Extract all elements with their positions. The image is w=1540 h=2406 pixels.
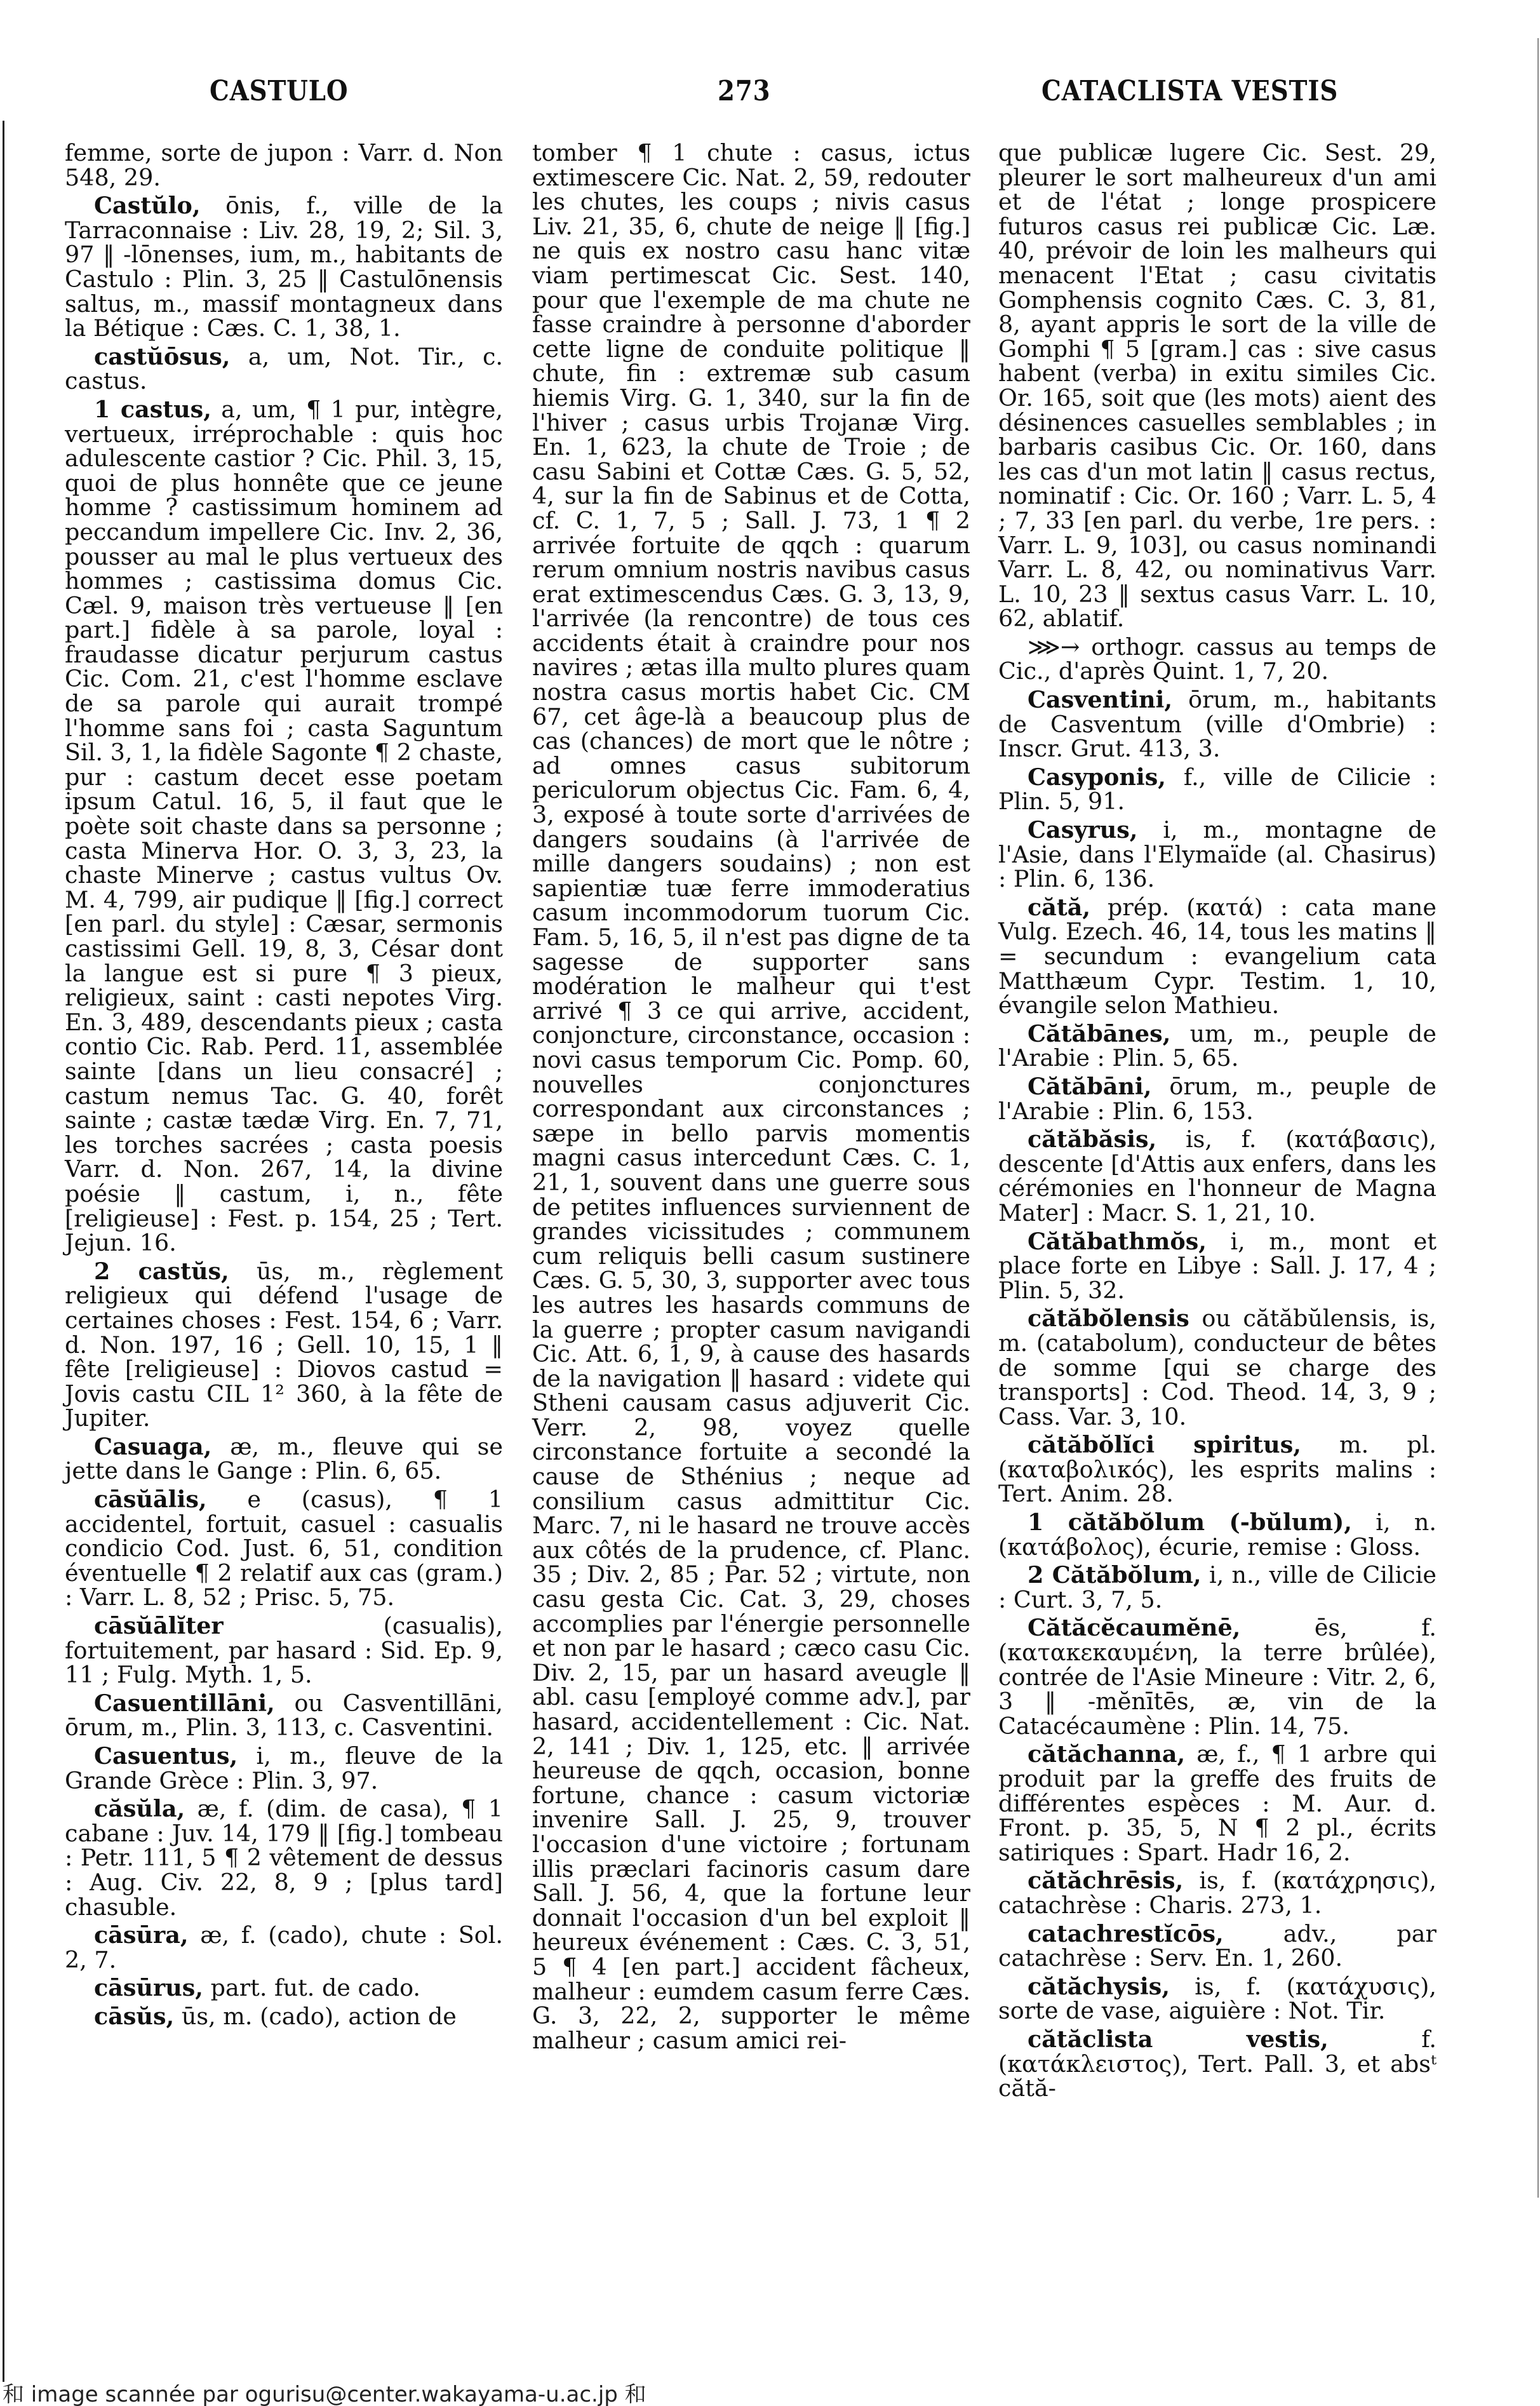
- dictionary-entry: Casuentus, i, m., fleuve de la Grande Gr…: [65, 1744, 503, 1793]
- entry-headword: Casuentus,: [94, 1742, 238, 1770]
- dictionary-entry: cătă, prép. (κατά) : cata mane Vulg. Eze…: [998, 896, 1436, 1018]
- page-edge-rule: [3, 121, 4, 2382]
- dictionary-entry: cāsūrus, part. fut. de cado.: [65, 1976, 503, 2001]
- entry-headword: Casuentillāni,: [94, 1690, 275, 1717]
- entry-definition: a, um, ¶ 1 pur, intègre, vertueux, irrép…: [65, 396, 503, 1256]
- dictionary-entry: cāsŭs, ūs, m. (cado), action de: [65, 2005, 503, 2029]
- dictionary-entry: cāsŭālĭter (casualis), fortuitement, par…: [65, 1614, 503, 1688]
- dictionary-entry: Casuentillāni, ou Casventillāni, ōrum, m…: [65, 1691, 503, 1740]
- dictionary-entry: Castŭlo, ōnis, f., ville de la Tarraconn…: [65, 194, 503, 341]
- dictionary-entry: cāsŭālis, e (casus), ¶ 1 accidentel, for…: [65, 1488, 503, 1610]
- entry-headword: 1 cătăbŏlum (-bŭlum),: [1028, 1509, 1352, 1536]
- dictionary-entry: 2 castŭs, ūs, m., règlement religieux qu…: [65, 1260, 503, 1431]
- entry-definition: tomber ¶ 1 chute : casus, ictus extimesc…: [532, 139, 970, 2054]
- entry-headword: cătăchanna,: [1028, 1740, 1185, 1768]
- entry-headword: cătăbăsis,: [1028, 1126, 1156, 1153]
- dictionary-entry: Casventini, ōrum, m., habitants de Casve…: [998, 688, 1436, 762]
- orthography-arrow-icon: ⋙→: [1028, 633, 1080, 661]
- dictionary-entry: Cătăcĕcaumĕnē, ēs, f. (κατακεκαυμένη, la…: [998, 1616, 1436, 1738]
- dictionary-entry: Casuaga, æ, m., fleuve qui se jette dans…: [65, 1435, 503, 1484]
- column-left: femme, sorte de jupon : Varr. d. Non 548…: [65, 141, 503, 2033]
- dictionary-entry: tomber ¶ 1 chute : casus, ictus extimesc…: [532, 141, 970, 2053]
- entry-headword: cătăbŏlĭci spiritus,: [1028, 1431, 1301, 1458]
- dictionary-entry: Cătăbānes, um, m., peuple de l'Arabie : …: [998, 1022, 1436, 1071]
- entry-headword: cătă,: [1028, 894, 1090, 921]
- dictionary-entry: cătăclista vestis, f. (κατάκλειστος), Te…: [998, 2027, 1436, 2101]
- dictionary-entry: cătăbŏlĭci spiritus, m. pl. (καταβολικός…: [998, 1433, 1436, 1507]
- entry-headword: cătăclista vestis,: [1028, 2026, 1329, 2053]
- dictionary-entry: cătăbŏlensis ou cătăbŭlensis, is, m. (ca…: [998, 1307, 1436, 1429]
- column-middle: tomber ¶ 1 chute : casus, ictus extimesc…: [532, 141, 970, 2057]
- dictionary-entry: 1 cătăbŏlum (-bŭlum), i, n. (κατάβολος),…: [998, 1510, 1436, 1559]
- entry-headword: Cătăbathmŏs,: [1028, 1228, 1207, 1255]
- dictionary-entry: cătăchanna, æ, f., ¶ 1 arbre qui produit…: [998, 1742, 1436, 1865]
- entry-headword: Cătăcĕcaumĕnē,: [1028, 1614, 1240, 1641]
- entry-headword: 2 Cătăbŏlum,: [1028, 1561, 1202, 1589]
- scan-watermark: 和 image scannée par ogurisu@center.wakay…: [3, 2377, 646, 2406]
- entry-headword: cāsūra,: [94, 1921, 189, 1949]
- entry-headword: cāsŭālis,: [94, 1486, 207, 1513]
- entry-headword: cătăbŏlensis: [1028, 1305, 1189, 1332]
- dictionary-entry: Cătăbathmŏs, i, m., mont et place forte …: [998, 1230, 1436, 1303]
- page-number: 273: [718, 75, 770, 107]
- dictionary-entry: 2 Cătăbŏlum, i, n., ville de Cilicie : C…: [998, 1563, 1436, 1612]
- dictionary-entry: femme, sorte de jupon : Varr. d. Non 548…: [65, 141, 503, 190]
- guide-word-right: CATACLISTA VESTIS: [1041, 75, 1338, 107]
- entry-definition: femme, sorte de jupon : Varr. d. Non 548…: [65, 139, 503, 191]
- dictionary-entry: que publicæ lugere Cic. Sest. 29, pleure…: [998, 141, 1436, 631]
- page-edge-rule-right: [1537, 38, 1539, 2198]
- entry-headword: cāsŭālĭter: [94, 1612, 224, 1639]
- dictionary-entry: catachrestĭcōs, adv., par catachrèse : S…: [998, 1922, 1436, 1971]
- entry-headword: Castŭlo,: [94, 192, 201, 219]
- running-header: CASTULO 273 CATACLISTA VESTIS: [0, 75, 1540, 113]
- dictionary-entry: castŭōsus, a, um, Not. Tir., c. castus.: [65, 345, 503, 394]
- dictionary-entry: cătăchrēsis, is, f. (κατάχρησις), catach…: [998, 1869, 1436, 1918]
- entry-headword: castŭōsus,: [94, 343, 231, 370]
- entry-definition: part. fut. de cado.: [211, 1974, 420, 2001]
- dictionary-entry: ⋙→ orthogr. cassus au temps de Cic., d'a…: [998, 635, 1436, 684]
- entry-headword: cătăchrēsis,: [1028, 1867, 1183, 1894]
- dictionary-entry: 1 castus, a, um, ¶ 1 pur, intègre, vertu…: [65, 398, 503, 1256]
- dictionary-entry: cătăchysis, is, f. (κατάχυσις), sorte de…: [998, 1975, 1436, 2024]
- dictionary-entry: cătăbăsis, is, f. (κατάβασις), descente …: [998, 1127, 1436, 1225]
- entry-definition: ūs, m., règlement religieux qui défend l…: [65, 1258, 503, 1432]
- entry-headword: Casyrus,: [1028, 816, 1137, 843]
- entry-definition: que publicæ lugere Cic. Sest. 29, pleure…: [998, 139, 1436, 632]
- entry-headword: Cătăbānes,: [1028, 1020, 1170, 1047]
- guide-word-left: CASTULO: [210, 75, 349, 107]
- dictionary-entry: Casyponis, f., ville de Cilicie : Plin. …: [998, 765, 1436, 814]
- entry-definition: ūs, m. (cado), action de: [182, 2003, 457, 2030]
- entry-headword: 1 castus,: [94, 396, 211, 423]
- column-right: que publicæ lugere Cic. Sest. 29, pleure…: [998, 141, 1436, 2105]
- dictionary-entry: Casyrus, i, m., montagne de l'Asie, dans…: [998, 818, 1436, 892]
- entry-headword: 2 castŭs,: [94, 1258, 229, 1285]
- entry-headword: catachrestĭcōs,: [1028, 1920, 1224, 1947]
- dictionary-entry: cāsūra, æ, f. (cado), chute : Sol. 2, 7.: [65, 1923, 503, 1972]
- entry-headword: cāsūrus,: [94, 1974, 203, 2001]
- dictionary-entry: Cătăbāni, ōrum, m., peuple de l'Arabie :…: [998, 1075, 1436, 1124]
- entry-headword: cāsŭs,: [94, 2003, 174, 2030]
- dictionary-entry: căsŭla, æ, f. (dim. de casa), ¶ 1 cabane…: [65, 1797, 503, 1919]
- entry-headword: Casventini,: [1028, 686, 1172, 713]
- entry-headword: Casyponis,: [1028, 763, 1166, 791]
- entry-headword: căsŭla,: [94, 1795, 185, 1822]
- entry-headword: Cătăbāni,: [1028, 1073, 1152, 1100]
- entry-headword: Casuaga,: [94, 1433, 211, 1460]
- entry-headword: cătăchysis,: [1028, 1973, 1170, 2000]
